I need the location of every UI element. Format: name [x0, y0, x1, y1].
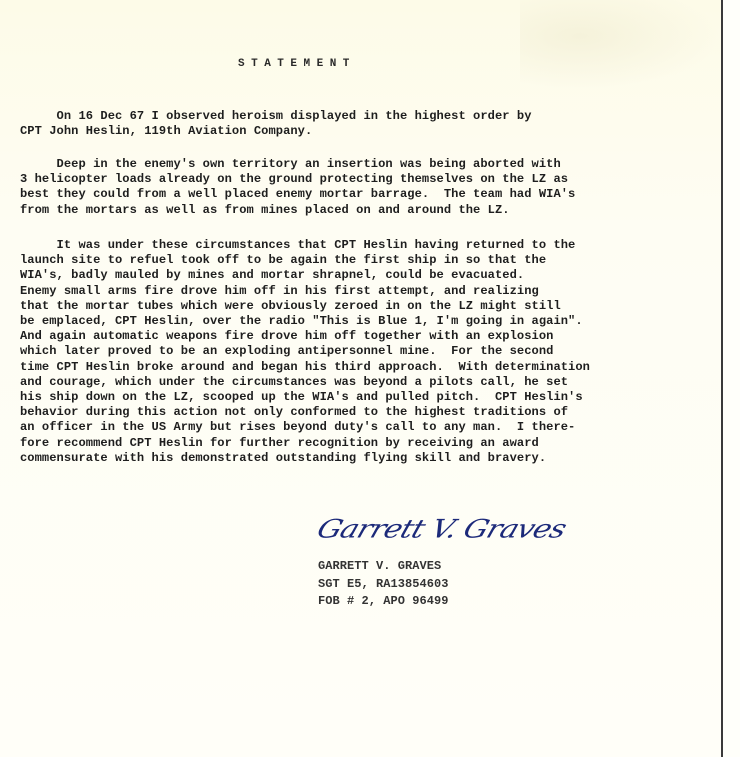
- paragraph-action: It was under these circumstances that CP…: [20, 238, 590, 466]
- document-page: STATEMENT On 16 Dec 67 I observed herois…: [0, 0, 723, 757]
- signer-unit-address: FOB # 2, APO 96499: [318, 594, 449, 608]
- handwritten-signature: Garrett V. Graves: [313, 515, 569, 545]
- paragraph-situation: Deep in the enemy's own territory an ins…: [20, 157, 575, 218]
- signer-name: GARRETT V. GRAVES: [318, 559, 441, 573]
- document-title: STATEMENT: [238, 57, 356, 72]
- scan-margin: [723, 0, 740, 757]
- signature-block: GARRETT V. GRAVES SGT E5, RA13854603 FOB…: [318, 558, 449, 611]
- paragraph-opening: On 16 Dec 67 I observed heroism displaye…: [20, 109, 532, 139]
- signer-rank-serial: SGT E5, RA13854603: [318, 577, 449, 591]
- paper-crease: [520, 0, 720, 90]
